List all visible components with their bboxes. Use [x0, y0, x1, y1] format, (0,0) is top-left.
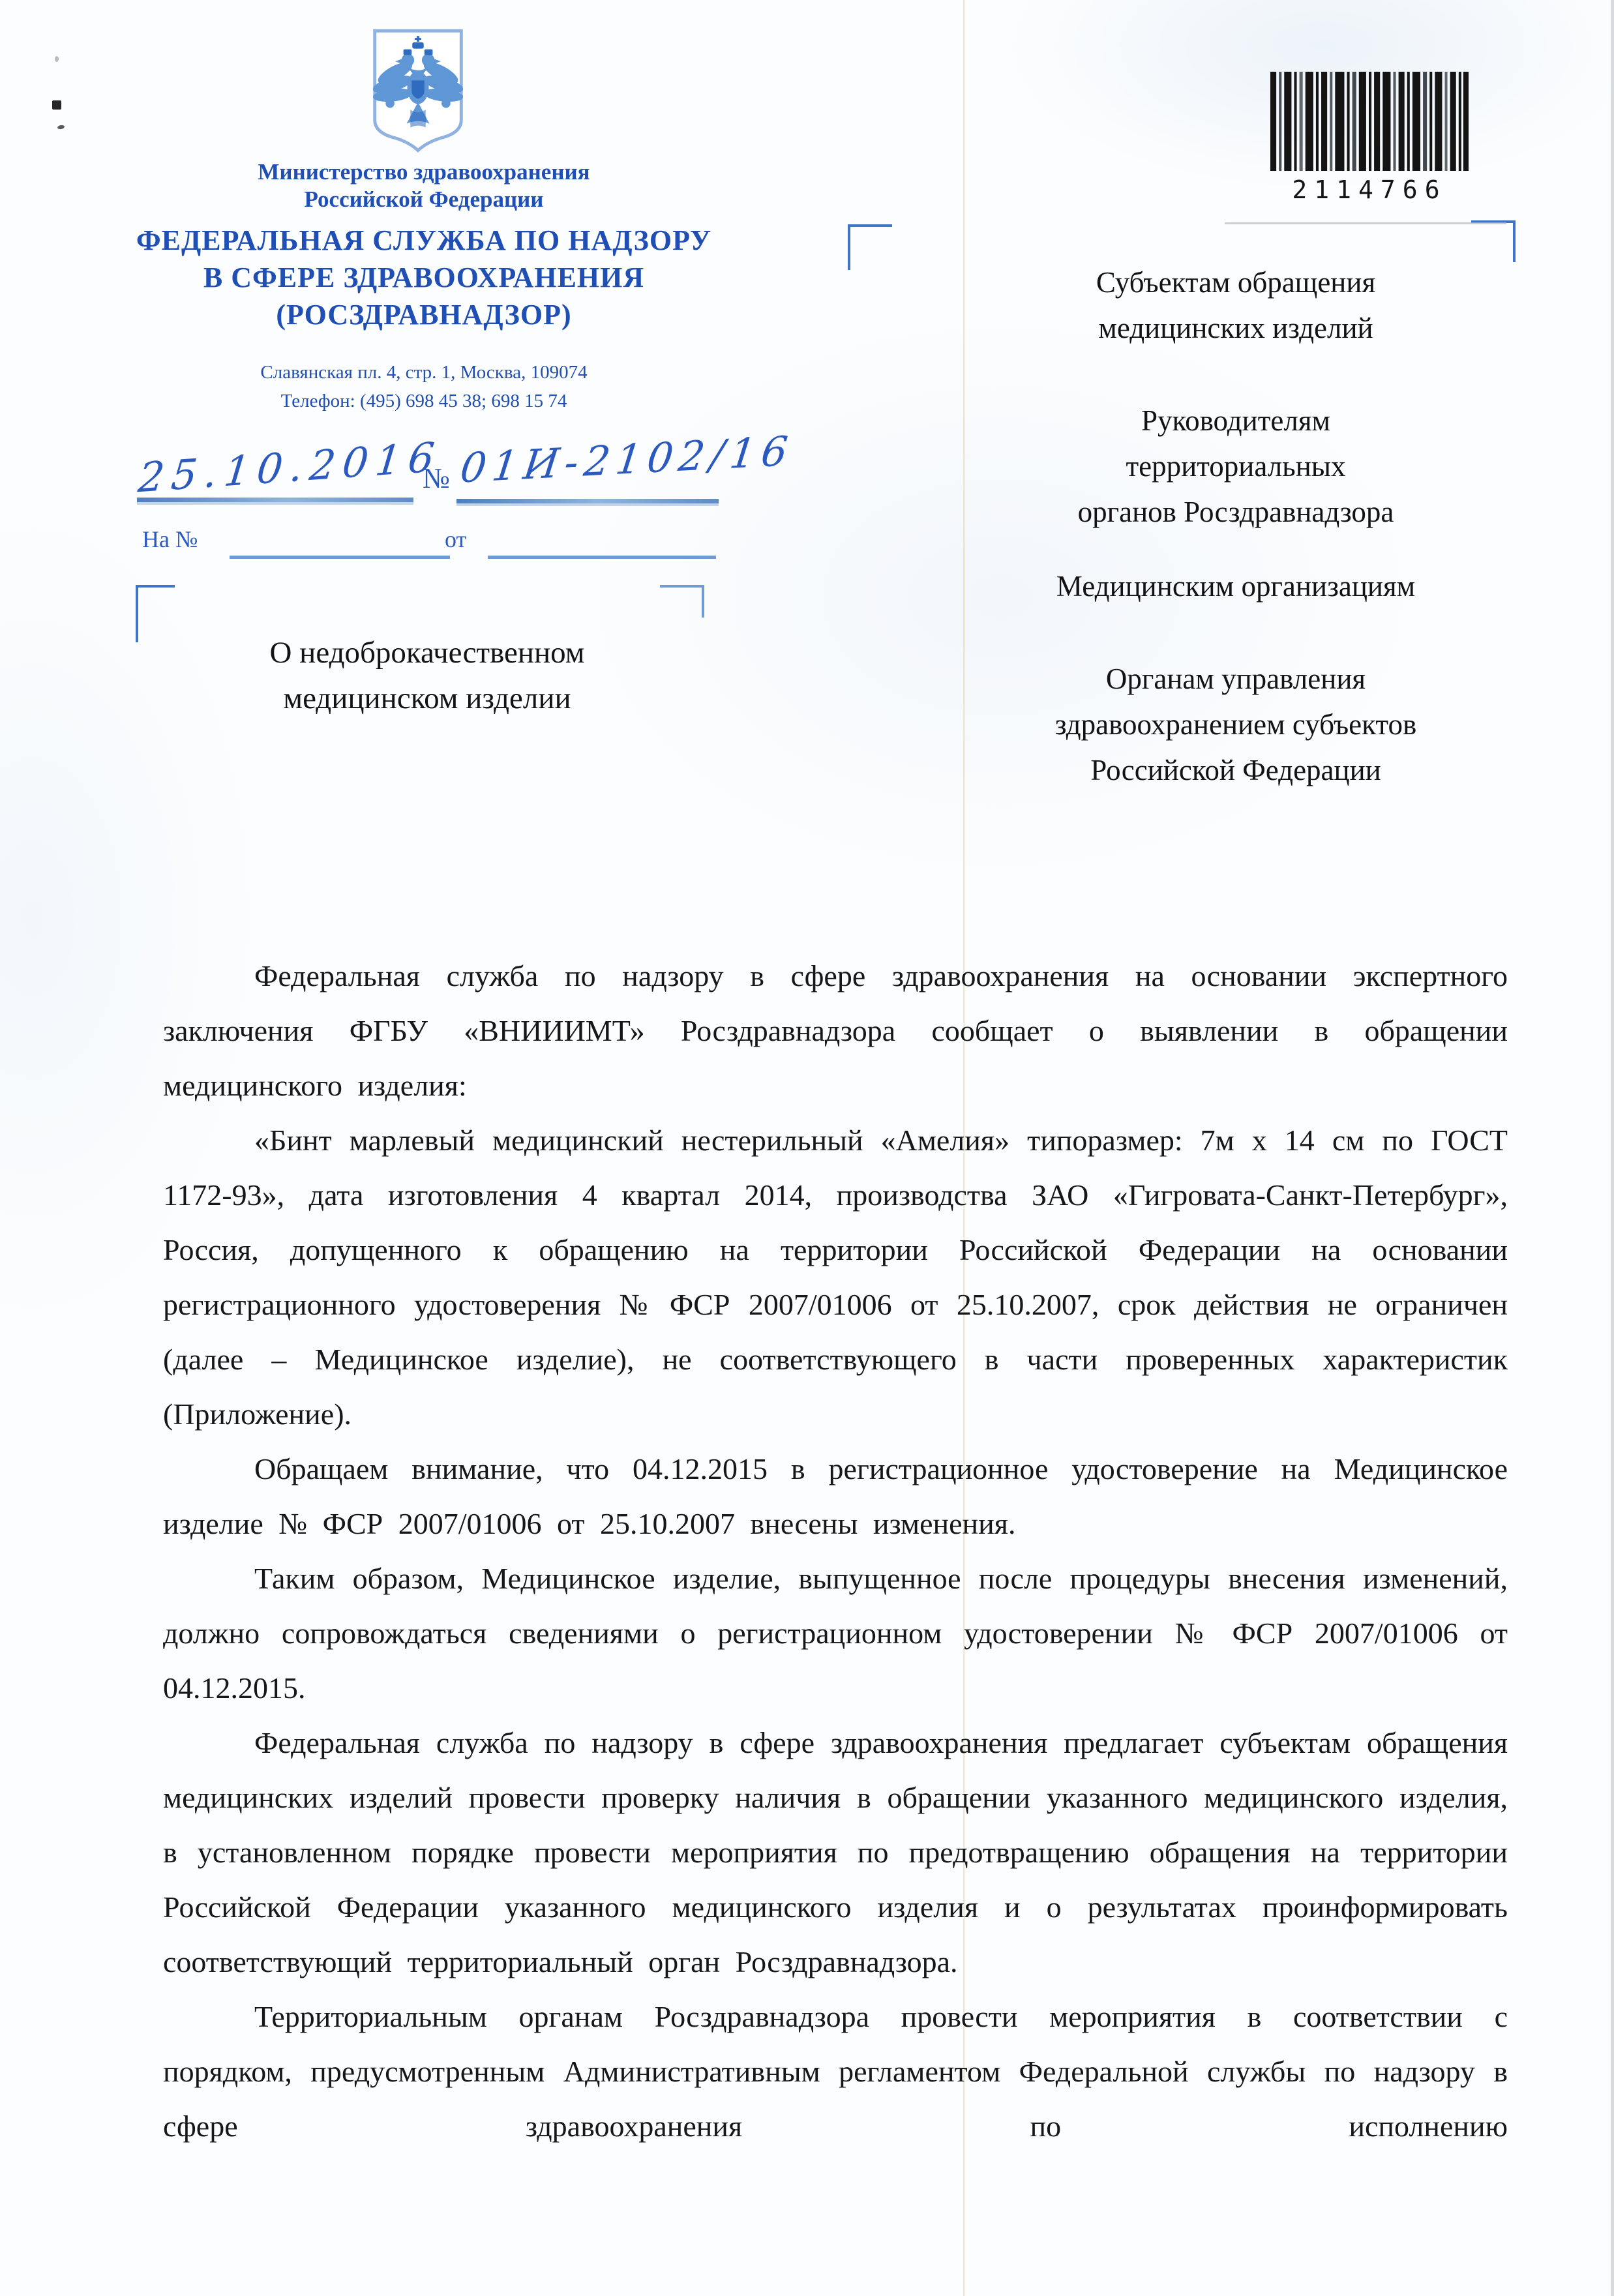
service-line: (РОСЗДРАВНАДЗОР) — [91, 296, 756, 333]
body-paragraph: Территориальным органам Росздравнадзора … — [163, 1990, 1508, 2154]
ref-na-label: На № — [142, 526, 198, 553]
body-paragraph: Федеральная служба по надзору в сфере зд… — [163, 1716, 1508, 1990]
scan-speck — [55, 56, 59, 62]
ministry-line: Министерство здравоохранения — [104, 158, 743, 186]
handwritten-doc-number: 01И-2102/16 — [458, 426, 796, 492]
recipient-group: Медицинским организациям — [959, 563, 1513, 609]
body-paragraph: Обращаем внимание, что 04.12.2015 в реги… — [163, 1442, 1508, 1551]
recipient-group: Органам управления здравоохранением субъ… — [959, 656, 1513, 793]
corner-mark-address-left — [848, 224, 892, 270]
recipient-group: Субъектам обращения медицинских изделий — [959, 260, 1513, 351]
doc-number-underline — [456, 499, 719, 503]
phone-line: Телефон: (495) 698 45 38; 698 15 74 — [91, 387, 756, 415]
barcode: 2114766 — [1269, 72, 1470, 204]
recipient-line: Субъектам обращения — [959, 260, 1513, 305]
corner-mark-subject-right — [660, 585, 704, 618]
handwritten-date: 25.10.2016 — [136, 432, 444, 501]
body-paragraph: Федеральная служба по надзору в сфере зд… — [163, 949, 1508, 1113]
recipient-line: территориальных — [959, 443, 1513, 489]
service-line: ФЕДЕРАЛЬНАЯ СЛУЖБА ПО НАДЗОРУ — [91, 222, 756, 259]
barcode-bars — [1269, 72, 1470, 171]
recipient-line: Органам управления — [959, 656, 1513, 702]
date-underline — [137, 498, 413, 502]
recipient-line: Российской Федерации — [959, 747, 1513, 793]
subject-line: медицинском изделии — [189, 676, 665, 721]
recipient-line: органов Росздравнадзора — [959, 489, 1513, 535]
body-paragraph: Таким образом, Медицинское изделие, выпу… — [163, 1551, 1508, 1716]
recipient-group: Руководителям территориальных органов Ро… — [959, 398, 1513, 535]
letter-body: Федеральная служба по надзору в сфере зд… — [163, 949, 1508, 2154]
subject-block: О недоброкачественном медицинском издели… — [189, 630, 665, 721]
recipient-line: здравоохранением субъектов — [959, 702, 1513, 747]
body-paragraph: «Бинт марлевый медицинский нестерильный … — [163, 1113, 1508, 1442]
ref-number-blank-line — [230, 556, 450, 559]
ministry-line: Российской Федерации — [104, 186, 743, 213]
scan-edge-shadow — [1611, 0, 1614, 2296]
ref-date-blank-line — [488, 556, 716, 559]
number-sign: № — [423, 462, 450, 495]
scan-speck — [52, 100, 61, 110]
corner-mark-subject-left — [136, 585, 175, 642]
service-name: ФЕДЕРАЛЬНАЯ СЛУЖБА ПО НАДЗОРУ В СФЕРЕ ЗД… — [91, 222, 756, 333]
scan-speck — [57, 125, 65, 130]
service-line: В СФЕРЕ ЗДРАВООХРАНЕНИЯ — [91, 259, 756, 296]
ministry-name: Министерство здравоохранения Российской … — [104, 158, 743, 213]
scanned-letter-page: Министерство здравоохранения Российской … — [0, 0, 1614, 2296]
scan-artifact-line — [1225, 222, 1506, 224]
subject-line: О недоброкачественном — [189, 630, 665, 676]
recipient-line: медицинских изделий — [959, 305, 1513, 351]
ref-ot-label: от — [445, 526, 466, 553]
address-line: Славянская пл. 4, стр. 1, Москва, 109074 — [91, 358, 756, 387]
corner-mark-address-right — [1471, 220, 1516, 262]
barcode-number: 2114766 — [1269, 175, 1470, 204]
recipient-line: Медицинским организациям — [959, 563, 1513, 609]
coat-of-arms-icon — [367, 26, 469, 155]
recipient-line: Руководителям — [959, 398, 1513, 443]
